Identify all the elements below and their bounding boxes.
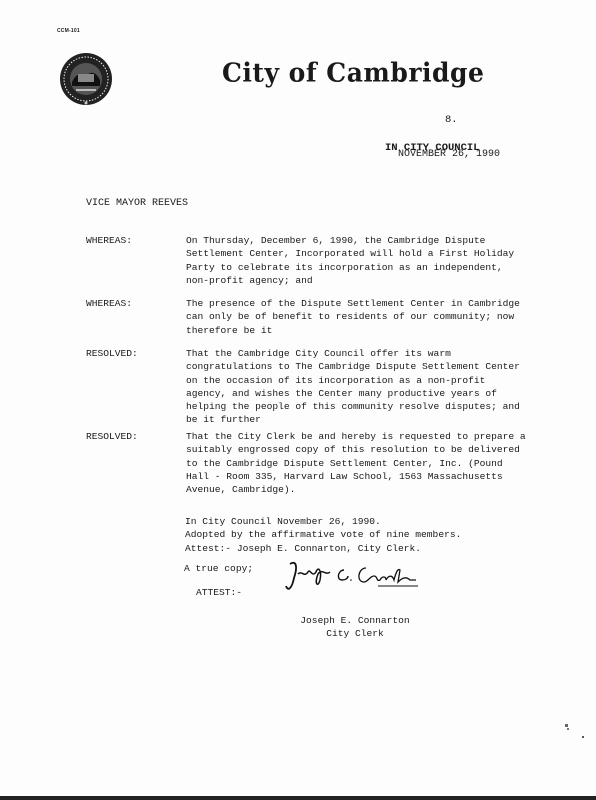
clause-label: RESOLVED: (86, 347, 138, 360)
sponsor-name: VICE MAYOR REEVES (86, 198, 188, 209)
clause-label: WHEREAS: (86, 297, 132, 310)
agenda-item-number: 8. (445, 114, 458, 126)
clause-text: That the Cambridge City Council offer it… (186, 347, 566, 427)
signer-title: City Clerk (300, 627, 410, 640)
attest-label: ATTEST:- (196, 587, 242, 598)
masthead-title: City of Cambridge (222, 57, 484, 87)
true-copy-label: A true copy; (184, 563, 253, 574)
form-code: CCM-101 (57, 28, 80, 34)
clause-text: The presence of the Dispute Settlement C… (186, 297, 566, 337)
signer-name: Joseph E. Connarton (300, 614, 410, 627)
clause-text: That the City Clerk be and hereby is req… (186, 430, 566, 496)
council-stamp-date: NOVEMBER 26, 1990 (398, 150, 500, 160)
signer-block: Joseph E. Connarton City Clerk (300, 614, 410, 641)
scan-bottom-edge (0, 796, 596, 800)
clause-label: RESOLVED: (86, 430, 138, 443)
clause-text: On Thursday, December 6, 1990, the Cambr… (186, 234, 566, 287)
adoption-record: In City Council November 26, 1990. Adopt… (185, 515, 461, 555)
scan-artifact (560, 720, 590, 750)
clause-label: WHEREAS: (86, 234, 132, 247)
city-seal-icon (58, 50, 114, 108)
clerk-signature (282, 558, 422, 598)
